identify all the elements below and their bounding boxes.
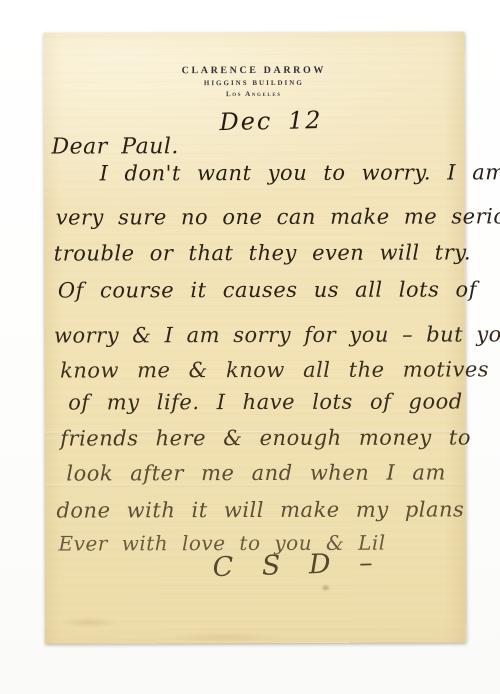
handwritten-line: know me & know all the motives <box>60 357 489 382</box>
letterhead: CLARENCE DARROW HIGGINS BUILDING Los Ang… <box>43 64 464 98</box>
signature: C S D – <box>212 547 380 583</box>
ink-smudge <box>321 584 331 592</box>
handwritten-line: Of course it causes us all lots of <box>58 277 477 302</box>
salutation: Dear Paul. <box>51 134 178 159</box>
scanned-letter-photo: CLARENCE DARROW HIGGINS BUILDING Los Ang… <box>0 0 500 694</box>
letter-paper: CLARENCE DARROW HIGGINS BUILDING Los Ang… <box>43 31 466 643</box>
handwritten-line: very sure no one can make me serious <box>56 204 500 229</box>
letterhead-name: CLARENCE DARROW <box>43 64 464 76</box>
handwritten-line: worry & I am sorry for you – but you <box>54 322 500 347</box>
letterhead-building: HIGGINS BUILDING <box>43 78 464 87</box>
letterhead-city: Los Angeles <box>43 89 464 98</box>
handwritten-line: trouble or that they even will try. <box>54 240 471 265</box>
handwritten-line: look after me and when I am <box>66 460 446 485</box>
letter-date: Dec 12 <box>219 106 323 136</box>
handwritten-line: done with it will make my plans <box>56 497 464 522</box>
handwritten-line: I don't want you to worry. I am <box>100 160 500 185</box>
paper-stain <box>165 632 285 642</box>
handwritten-line: friends here & enough money to <box>60 425 471 450</box>
handwritten-line: of my life. I have lots of good <box>68 389 463 414</box>
paper-stain <box>59 616 119 628</box>
